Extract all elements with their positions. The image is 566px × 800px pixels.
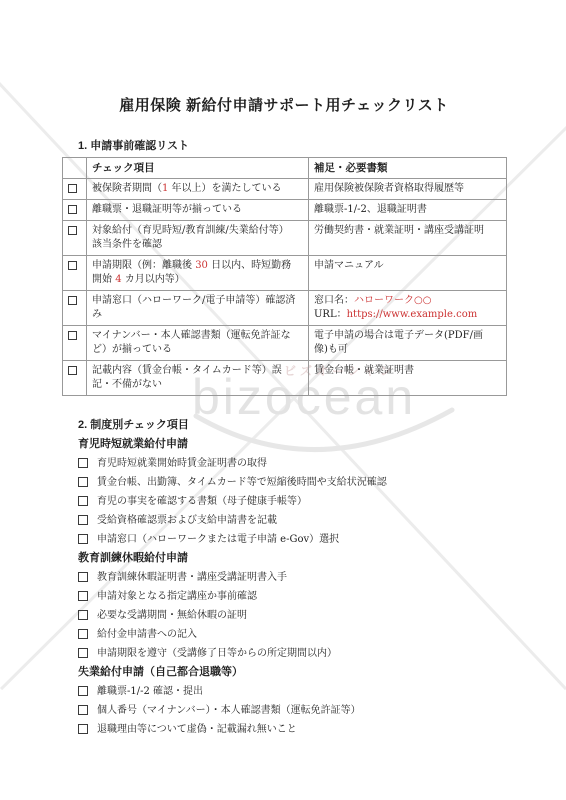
- text-segment: 記載内容（賃金台帳・タイムカード等）誤: [92, 365, 282, 376]
- text-segment: 像)も可: [314, 344, 348, 355]
- text-segment: 離職票・退職証明等が揃っている: [92, 204, 242, 215]
- checklist-item: 賃金台帳、出勤簿、タイムカード等で短縮後時間や支給状況確認: [78, 477, 506, 489]
- text-segment: 申請マニュアル: [314, 260, 384, 271]
- text-segment: ど）が揃っている: [92, 344, 172, 355]
- text-segment: み: [92, 309, 102, 320]
- checkbox[interactable]: [78, 610, 88, 620]
- checklist-item: 申請窓口（ハローワークまたは電子申請 e-Gov）選択: [78, 534, 506, 546]
- text-segment: 該当条件を確認: [92, 239, 162, 250]
- text-segment: 離職票-1/-2、退職証明書: [314, 204, 427, 215]
- note-cell: 電子申請の場合は電子データ(PDF/画像)も可: [309, 326, 507, 361]
- checklist-group: 教育訓練休暇給付申請 教育訓練休暇証明書・講座受講証明書入手 申請対象となる指定…: [62, 552, 506, 660]
- checklist-item-label: 必要な受講期間・無給休暇の証明: [97, 610, 247, 622]
- checklist-item: 育児時短就業開始時賃金証明書の取得: [78, 458, 506, 470]
- table-checkbox-cell: [63, 179, 87, 200]
- check-item-cell: 対象給付（育児時短/教育訓練/失業給付等）該当条件を確認: [87, 221, 309, 256]
- checkbox[interactable]: [78, 686, 88, 696]
- checklist-item-label: 育児の事実を確認する書類（母子健康手帳等）: [97, 496, 307, 508]
- text-segment: 労働契約書・就業証明・講座受講証明: [314, 225, 484, 236]
- checklist-item-label: 教育訓練休暇証明書・講座受講証明書入手: [97, 572, 287, 584]
- table-checkbox-cell: [63, 326, 87, 361]
- checklist-item-label: 給付金申請書への記入: [97, 629, 197, 641]
- text-segment: マイナンバー・本人確認書類（運転免許証な: [92, 330, 291, 341]
- checkbox-column-header: [63, 158, 87, 179]
- checkbox[interactable]: [78, 515, 88, 525]
- checkbox[interactable]: [78, 496, 88, 506]
- text-segment: 日以内、時短勤務: [208, 260, 291, 271]
- note-cell: 労働契約書・就業証明・講座受講証明: [309, 221, 507, 256]
- checkbox[interactable]: [78, 705, 88, 715]
- checklist-item: 個人番号（マイナンバー）・本人確認書類（運転免許証等）: [78, 705, 506, 717]
- precheck-table: チェック項目 補足・必要書類 被保険者期間（1 年以上）を満たしている 雇用保険…: [62, 157, 507, 396]
- text-segment: 30: [195, 260, 208, 271]
- checklist-item: 育児の事実を確認する書類（母子健康手帳等）: [78, 496, 506, 508]
- checkbox[interactable]: [78, 458, 88, 468]
- table-row: 申請窓口（ハローワーク/電子申請等）確認済み 窓口名：ハローワーク○○URL：h…: [63, 291, 507, 326]
- checklist-item-label: 申請対象となる指定講座か事前確認: [97, 591, 257, 603]
- text-segment: 開始: [92, 274, 115, 285]
- table-checkbox-cell: [63, 291, 87, 326]
- table-row: 記載内容（賃金台帳・タイムカード等）誤記・不備がない 賃金台帳・就業証明書: [63, 361, 507, 396]
- section2-groups: 育児時短就業給付申請 育児時短就業開始時賃金証明書の取得 賃金台帳、出勤簿、タイ…: [62, 438, 506, 736]
- table-row: 離職票・退職証明等が揃っている 離職票-1/-2、退職証明書: [63, 200, 507, 221]
- checklist-item-label: 育児時短就業開始時賃金証明書の取得: [97, 458, 267, 470]
- note-cell: 窓口名：ハローワーク○○URL：https://www.example.com: [309, 291, 507, 326]
- checklist-group-heading: 教育訓練休暇給付申請: [78, 552, 506, 565]
- table-row: マイナンバー・本人確認書類（運転免許証など）が揃っている 電子申請の場合は電子デ…: [63, 326, 507, 361]
- checkbox[interactable]: [78, 629, 88, 639]
- table-checkbox-cell: [63, 256, 87, 291]
- text-segment: 申請窓口（ハローワーク/電子申請等）確認済: [92, 295, 295, 306]
- text-segment: 賃金台帳・就業証明書: [314, 365, 414, 376]
- checkbox[interactable]: [68, 261, 77, 270]
- checklist-item: 申請期限を遵守（受講修了日等からの所定期間以内）: [78, 648, 506, 660]
- text-segment: 被保険者期間（: [92, 183, 162, 194]
- checklist-item-label: 退職理由等について虚偽・記載漏れ無いこと: [97, 724, 297, 736]
- text-segment: 雇用保険被保険者資格取得履歴等: [314, 183, 464, 194]
- checkbox[interactable]: [78, 572, 88, 582]
- checkbox[interactable]: [68, 184, 77, 193]
- check-item-cell: 記載内容（賃金台帳・タイムカード等）誤記・不備がない: [87, 361, 309, 396]
- checklist-item: 受給資格確認票および支給申請書を記載: [78, 515, 506, 527]
- checkbox[interactable]: [68, 366, 77, 375]
- note-cell: 離職票-1/-2、退職証明書: [309, 200, 507, 221]
- text-segment: 年以上）を満たしている: [168, 183, 281, 194]
- note-column-header: 補足・必要書類: [309, 158, 507, 179]
- table-checkbox-cell: [63, 361, 87, 396]
- check-item-column-header: チェック項目: [87, 158, 309, 179]
- checkbox[interactable]: [78, 477, 88, 487]
- checklist-item-label: 申請期限を遵守（受講修了日等からの所定期間以内）: [97, 648, 337, 660]
- checkbox[interactable]: [68, 331, 77, 340]
- checkbox[interactable]: [78, 724, 88, 734]
- table-checkbox-cell: [63, 221, 87, 256]
- checklist-item-label: 離職票-1/-2 確認・提出: [97, 686, 203, 698]
- section2-heading: 2. 制度別チェック項目: [78, 416, 506, 432]
- document-page: ビズオーシャン bizocean 雇用保険 新給付申請サポート用チェックリスト …: [0, 0, 566, 800]
- note-cell: 申請マニュアル: [309, 256, 507, 291]
- table-checkbox-cell: [63, 200, 87, 221]
- checklist-group-heading: 失業給付申請（自己都合退職等）: [78, 666, 506, 679]
- checkbox[interactable]: [68, 226, 77, 235]
- text-segment: 記・不備がない: [92, 379, 162, 390]
- check-item-cell: 申請期限（例：離職後 30 日以内、時短勤務開始 4 カ月以内等）: [87, 256, 309, 291]
- text-segment: カ月以内等）: [122, 274, 185, 285]
- checklist-group: 失業給付申請（自己都合退職等） 離職票-1/-2 確認・提出 個人番号（マイナン…: [62, 666, 506, 736]
- url-link[interactable]: https://www.example.com: [347, 309, 478, 320]
- table-row: 対象給付（育児時短/教育訓練/失業給付等）該当条件を確認 労働契約書・就業証明・…: [63, 221, 507, 256]
- checklist-item: 給付金申請書への記入: [78, 629, 506, 641]
- text-segment: 対象給付（育児時短/教育訓練/失業給付等）: [92, 225, 289, 236]
- document-title: 雇用保険 新給付申請サポート用チェックリスト: [62, 94, 506, 115]
- checklist-item: 離職票-1/-2 確認・提出: [78, 686, 506, 698]
- checklist-item: 必要な受講期間・無給休暇の証明: [78, 610, 506, 622]
- table-row: 申請期限（例：離職後 30 日以内、時短勤務開始 4 カ月以内等） 申請マニュア…: [63, 256, 507, 291]
- checklist-item-label: 賃金台帳、出勤簿、タイムカード等で短縮後時間や支給状況確認: [97, 477, 387, 489]
- table-header-row: チェック項目 補足・必要書類: [63, 158, 507, 179]
- note-cell: 賃金台帳・就業証明書: [309, 361, 507, 396]
- note-cell: 雇用保険被保険者資格取得履歴等: [309, 179, 507, 200]
- text-segment: 窓口名：: [314, 295, 354, 306]
- checklist-item: 申請対象となる指定講座か事前確認: [78, 591, 506, 603]
- checklist-item: 退職理由等について虚偽・記載漏れ無いこと: [78, 724, 506, 736]
- checkbox[interactable]: [78, 648, 88, 658]
- section1-heading: 1. 申請事前確認リスト: [78, 137, 506, 153]
- checklist-group-heading: 育児時短就業給付申請: [78, 438, 506, 451]
- check-item-cell: 被保険者期間（1 年以上）を満たしている: [87, 179, 309, 200]
- text-segment: 申請期限（例：離職後: [92, 260, 195, 271]
- text-segment: 電子申請の場合は電子データ(PDF/画: [314, 330, 483, 341]
- checklist-group: 育児時短就業給付申請 育児時短就業開始時賃金証明書の取得 賃金台帳、出勤簿、タイ…: [62, 438, 506, 546]
- checkbox[interactable]: [78, 591, 88, 601]
- checklist-item: 教育訓練休暇証明書・講座受講証明書入手: [78, 572, 506, 584]
- check-item-cell: 離職票・退職証明等が揃っている: [87, 200, 309, 221]
- precheck-table-body: 被保険者期間（1 年以上）を満たしている 雇用保険被保険者資格取得履歴等 離職票…: [63, 179, 507, 396]
- check-item-cell: 申請窓口（ハローワーク/電子申請等）確認済み: [87, 291, 309, 326]
- checklist-item-label: 申請窓口（ハローワークまたは電子申請 e-Gov）選択: [97, 534, 339, 546]
- document-content: 雇用保険 新給付申請サポート用チェックリスト 1. 申請事前確認リスト チェック…: [62, 0, 506, 736]
- checklist-item-label: 個人番号（マイナンバー）・本人確認書類（運転免許証等）: [97, 705, 361, 717]
- text-segment: URL：: [314, 309, 347, 320]
- checkbox[interactable]: [68, 205, 77, 214]
- checkbox[interactable]: [78, 534, 88, 544]
- checklist-item-label: 受給資格確認票および支給申請書を記載: [97, 515, 277, 527]
- checkbox[interactable]: [68, 296, 77, 305]
- text-segment: ハローワーク○○: [354, 295, 431, 306]
- check-item-cell: マイナンバー・本人確認書類（運転免許証など）が揃っている: [87, 326, 309, 361]
- table-row: 被保険者期間（1 年以上）を満たしている 雇用保険被保険者資格取得履歴等: [63, 179, 507, 200]
